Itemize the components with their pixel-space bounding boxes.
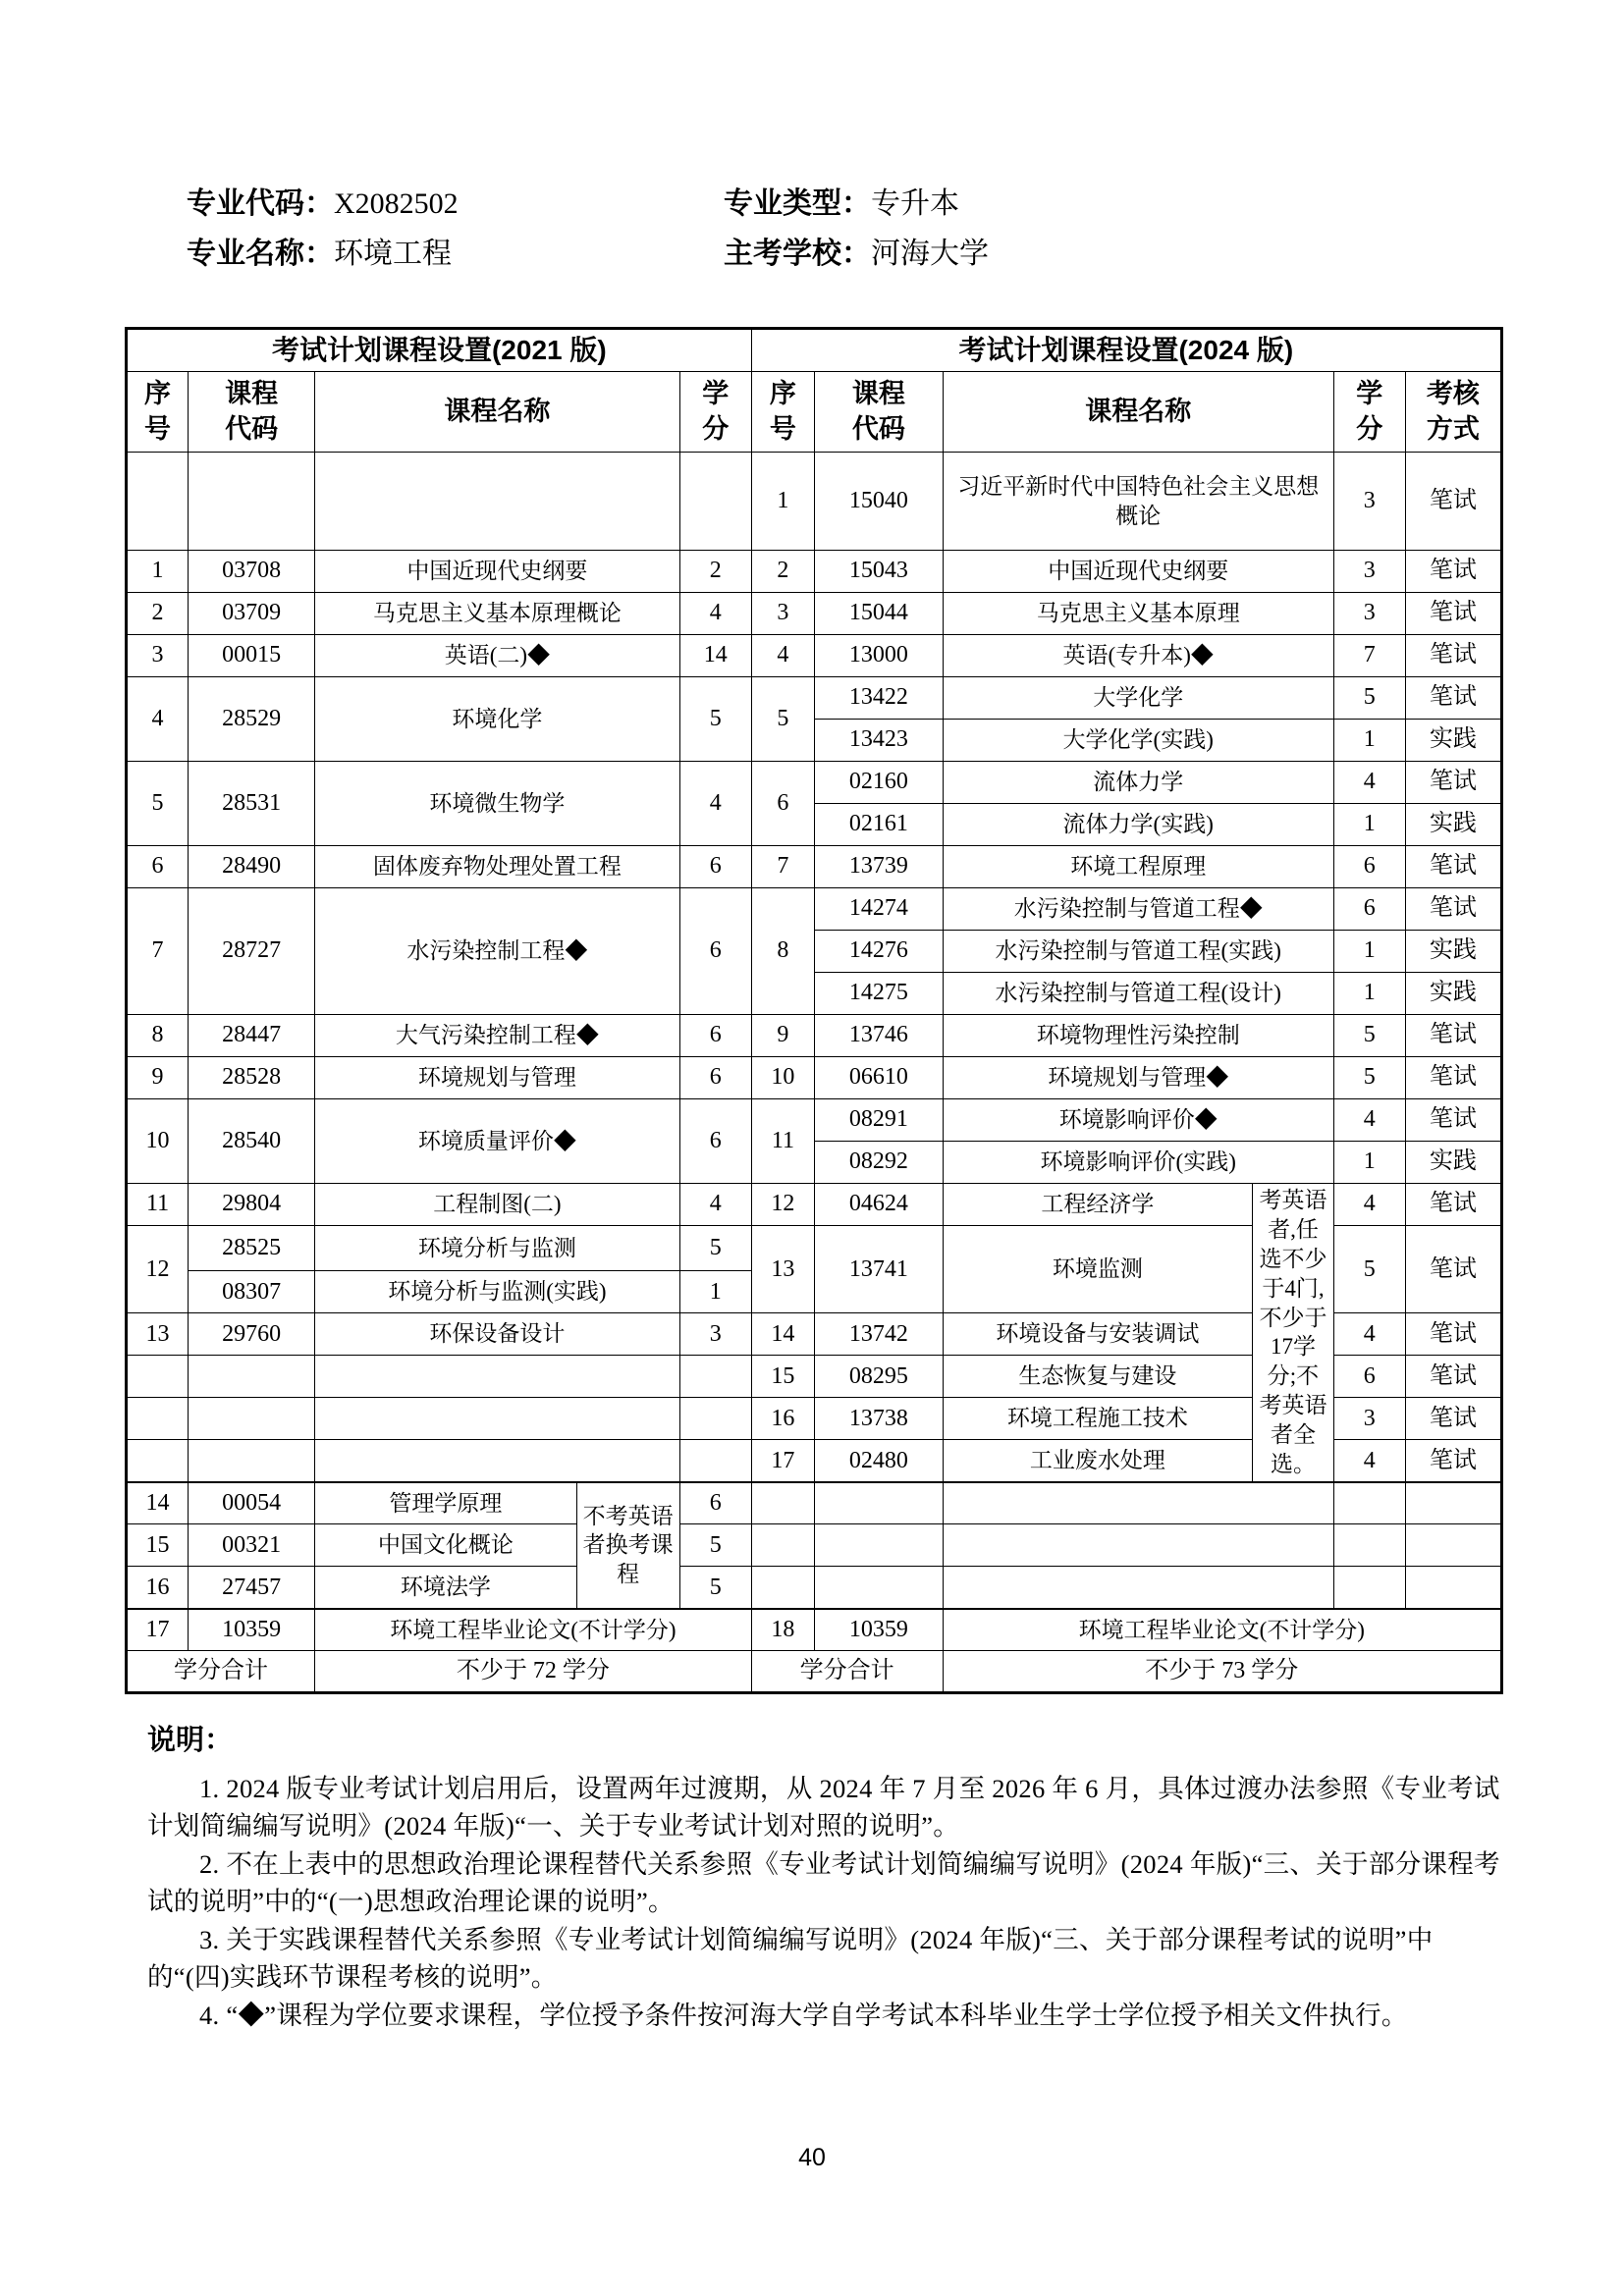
table-row: 828447大气污染控制工程◆6913746环境物理性污染控制5笔试 [127,1015,1502,1057]
field-major-name: 专业名称：环境工程 [187,235,452,274]
table-row: 1129804工程制图(二)41204624工程经济学考英语者,任选不少于4门,… [127,1184,1502,1226]
table-cell [751,1482,815,1524]
header-fields: 专业代码：X2082502 专业类型：专升本 专业名称：环境工程 主考学校：河海… [0,185,1624,293]
table-cell: 环境法学 [315,1567,576,1609]
field-value: 河海大学 [871,238,989,270]
table-cell: 中国近现代史纲要 [943,551,1333,593]
table-cell: 笔试 [1405,593,1501,635]
table-cell: 12 [127,1226,189,1313]
table-cell: 笔试 [1405,1184,1501,1226]
table-cell: 笔试 [1405,453,1501,551]
table-row: 1400054管理学原理不考英语者换考课程6 [127,1482,1502,1524]
table-cell: 8 [751,888,815,1015]
document-page: 专业代码：X2082502 专业类型：专升本 专业名称：环境工程 主考学校：河海… [0,0,1624,2296]
table-cell: 10359 [815,1609,943,1651]
table-cell: 18 [751,1609,815,1651]
table-cell: 29804 [189,1184,315,1226]
table-cell: 00054 [189,1482,315,1524]
field-value: X2082502 [334,187,459,220]
table-cell: 06610 [815,1057,943,1099]
table-cell: 7 [127,888,189,1015]
table-cell: 环境影响评价◆ [943,1099,1333,1142]
table-cell: 1 [1333,973,1405,1015]
table-cell [189,1398,315,1440]
table-cell: 环保设备设计 [315,1313,680,1356]
table-row: 1028540环境质量评价◆61108291环境影响评价◆4笔试 [127,1099,1502,1142]
table-cell: 2 [127,593,189,635]
table-cell: 课程 代码 [815,372,943,453]
table-row: 203709马克思主义基本原理概论4315044马克思主义基本原理3笔试 [127,593,1502,635]
table-cell: 6 [127,846,189,888]
table-cell: 13746 [815,1015,943,1057]
left-note-cell: 不考英语者换考课程 [576,1482,679,1609]
table-cell: 17 [751,1440,815,1482]
table-cell: 水污染控制与管道工程(设计) [943,973,1333,1015]
table-cell: 10 [751,1057,815,1099]
table-cell: 13 [751,1226,815,1313]
table-cell: 5 [679,1567,751,1609]
table-cell [127,1440,189,1482]
table-cell [679,1356,751,1398]
table-cell [815,1524,943,1567]
table-cell: 序 号 [127,372,189,453]
table-cell [127,453,189,551]
table-cell: 考核 方式 [1405,372,1501,453]
table-cell: 笔试 [1405,888,1501,931]
table-cell: 环境物理性污染控制 [943,1015,1333,1057]
table-cell: 9 [127,1057,189,1099]
table-cell: 17 [127,1609,189,1651]
table-cell: 环境分析与监测(实践) [315,1271,680,1313]
table-cell: 大气污染控制工程◆ [315,1015,680,1057]
table-cell: 4 [679,1184,751,1226]
table-cell: 1 [1333,720,1405,762]
table-cell: 环境质量评价◆ [315,1099,680,1184]
table-cell: 5 [679,1226,751,1271]
table-row: 428529环境化学5513422大学化学5笔试 [127,677,1502,720]
note-item: 4. “◆”课程为学位要求课程，学位授予条件按河海大学自学考试本科毕业生学士学位… [147,1997,1506,2034]
field-major-type: 专业类型：专升本 [724,185,959,224]
table-cell: 1 [1333,804,1405,846]
table-cell: 02160 [815,762,943,804]
table-row: 序 号课程 代码课程名称学 分序 号课程 代码课程名称学 分考核 方式 [127,372,1502,453]
table-cell: 生态恢复与建设 [943,1356,1253,1398]
table-cell: 流体力学(实践) [943,804,1333,846]
table-cell: 03708 [189,551,315,593]
table-cell: 环境微生物学 [315,762,680,846]
table-cell: 4 [1333,1184,1405,1226]
table-cell: 28528 [189,1057,315,1099]
table-cell [1333,1567,1405,1609]
table-cell: 1 [127,551,189,593]
table-cell: 实践 [1405,931,1501,973]
table-cell: 3 [679,1313,751,1356]
table-cell: 4 [751,635,815,677]
table-row: 1710359环境工程毕业论文(不计学分)1810359环境工程毕业论文(不计学… [127,1609,1502,1651]
table-cell: 6 [679,1099,751,1184]
table-cell: 工业废水处理 [943,1440,1253,1482]
table-cell: 5 [679,1524,751,1567]
table-cell: 水污染控制与管道工程◆ [943,888,1333,931]
table-cell: 管理学原理 [315,1482,576,1524]
table-cell: 9 [751,1015,815,1057]
table-cell: 实践 [1405,720,1501,762]
table-cell: 1 [1333,931,1405,973]
table-cell: 08295 [815,1356,943,1398]
table-cell: 28529 [189,677,315,762]
table-row: 300015英语(二)◆14413000英语(专升本)◆7笔试 [127,635,1502,677]
table-cell: 12 [751,1184,815,1226]
field-label: 专业代码： [187,187,334,220]
field-value: 专升本 [871,187,959,220]
table-cell: 环境影响评价(实践) [943,1142,1333,1184]
table-cell: 习近平新时代中国特色社会主义思想概论 [943,453,1333,551]
table-cell: 学分合计 [127,1651,315,1693]
table-cell: 11 [127,1184,189,1226]
table-cell [127,1356,189,1398]
table-cell: 28525 [189,1226,315,1271]
plan-table: 考试计划课程设置(2021 版)考试计划课程设置(2024 版)序 号课程 代码… [125,327,1503,1694]
table-cell: 14 [751,1313,815,1356]
table-cell: 02480 [815,1440,943,1482]
table-cell: 环境设备与安装调试 [943,1313,1253,1356]
table-cell: 流体力学 [943,762,1333,804]
table-cell: 3 [1333,551,1405,593]
table-cell: 5 [1333,1015,1405,1057]
table-cell: 08292 [815,1142,943,1184]
table-cell [1333,1524,1405,1567]
table-cell: 3 [1333,453,1405,551]
table-cell [1405,1524,1501,1567]
table-cell: 28540 [189,1099,315,1184]
table-cell: 环境工程毕业论文(不计学分) [943,1609,1501,1651]
table-cell [943,1482,1333,1524]
table-cell [189,1356,315,1398]
table-cell: 工程制图(二) [315,1184,680,1226]
table-cell: 6 [1333,1356,1405,1398]
table-cell: 水污染控制与管道工程(实践) [943,931,1333,973]
table-cell: 28490 [189,846,315,888]
table-row: 1627457环境法学5 [127,1567,1502,1609]
table-cell: 学 分 [679,372,751,453]
table-cell: 环境工程毕业论文(不计学分) [315,1609,752,1651]
table-cell: 10 [127,1099,189,1184]
page-number: 40 [0,2144,1624,2172]
field-label: 主考学校： [724,238,871,270]
table-cell: 不少于 73 学分 [943,1651,1501,1693]
table-cell: 5 [679,677,751,762]
table-cell: 8 [127,1015,189,1057]
table-cell: 课程 代码 [189,372,315,453]
table-cell: 15040 [815,453,943,551]
table-row: 115040习近平新时代中国特色社会主义思想概论3笔试 [127,453,1502,551]
table-cell: 13741 [815,1226,943,1313]
table-cell: 6 [679,1482,751,1524]
table-cell: 27457 [189,1567,315,1609]
table-row: 学分合计不少于 72 学分学分合计不少于 73 学分 [127,1651,1502,1693]
table-cell: 1 [751,453,815,551]
table-cell: 3 [127,635,189,677]
table-cell: 13739 [815,846,943,888]
note-item: 3. 关于实践课程替代关系参照《专业考试计划简编编写说明》(2024 年版)“三… [147,1921,1506,1997]
table-row: 考试计划课程设置(2021 版)考试计划课程设置(2024 版) [127,329,1502,372]
table-cell [315,1356,680,1398]
table-cell [189,453,315,551]
table-cell: 6 [679,1015,751,1057]
table-cell [679,453,751,551]
table-cell: 2 [751,551,815,593]
table-cell: 14276 [815,931,943,973]
table-cell: 笔试 [1405,1313,1501,1356]
table-cell: 笔试 [1405,1356,1501,1398]
table-row: 928528环境规划与管理61006610环境规划与管理◆5笔试 [127,1057,1502,1099]
table-cell: 13423 [815,720,943,762]
table-cell: 13000 [815,635,943,677]
table-cell: 大学化学(实践) [943,720,1333,762]
table-cell: 环境化学 [315,677,680,762]
table-row: 1500321中国文化概论5 [127,1524,1502,1567]
table-cell: 笔试 [1405,551,1501,593]
table-cell: 序 号 [751,372,815,453]
table-cell: 14275 [815,973,943,1015]
table-cell: 5 [751,677,815,762]
table-cell [127,1398,189,1440]
table-cell [315,1398,680,1440]
table-cell: 14 [679,635,751,677]
field-label: 专业名称： [187,238,334,270]
table-cell: 4 [679,593,751,635]
table-cell: 00321 [189,1524,315,1567]
table-cell: 29760 [189,1313,315,1356]
table-cell [815,1567,943,1609]
note-item: 2. 不在上表中的思想政治理论课程替代关系参照《专业考试计划简编编写说明》(20… [147,1845,1506,1921]
table-cell: 5 [1333,1057,1405,1099]
table-cell: 笔试 [1405,1015,1501,1057]
table-cell: 13742 [815,1313,943,1356]
field-value: 环境工程 [334,238,452,270]
table-cell [943,1524,1333,1567]
table-cell: 14274 [815,888,943,931]
table-cell [315,453,680,551]
table-cell: 马克思主义基本原理 [943,593,1333,635]
table-cell: 6 [751,762,815,846]
field-label: 专业类型： [724,187,871,220]
table-cell: 15044 [815,593,943,635]
table-cell: 6 [679,846,751,888]
table-cell: 4 [1333,1440,1405,1482]
table-cell: 水污染控制工程◆ [315,888,680,1015]
table-cell: 4 [679,762,751,846]
table-cell: 15 [127,1524,189,1567]
table-cell: 28531 [189,762,315,846]
table-cell: 6 [679,888,751,1015]
table-cell: 3 [1333,1398,1405,1440]
table-cell: 笔试 [1405,846,1501,888]
table-cell: 15043 [815,551,943,593]
table-cell: 6 [679,1057,751,1099]
table-row: 728727水污染控制工程◆6814274水污染控制与管道工程◆6笔试 [127,888,1502,931]
table-cell [315,1440,680,1482]
table-cell: 实践 [1405,973,1501,1015]
table-cell [189,1440,315,1482]
table-cell: 28447 [189,1015,315,1057]
table-cell: 大学化学 [943,677,1333,720]
table-cell: 04624 [815,1184,943,1226]
table-cell [679,1398,751,1440]
table-cell: 00015 [189,635,315,677]
table-cell: 笔试 [1405,1226,1501,1313]
table-cell: 13422 [815,677,943,720]
table-cell [1405,1567,1501,1609]
table-cell: 11 [751,1099,815,1184]
table-cell: 14 [127,1482,189,1524]
table-cell: 4 [127,677,189,762]
table-cell: 4 [1333,762,1405,804]
table-cell: 课程名称 [315,372,680,453]
table-cell: 环境监测 [943,1226,1253,1313]
table-cell: 笔试 [1405,762,1501,804]
table-cell [751,1524,815,1567]
table-cell: 学分合计 [751,1651,943,1693]
note-item: 1. 2024 版专业考试计划启用后，设置两年过渡期，从 2024 年 7 月至… [147,1770,1506,1845]
table-cell [1405,1482,1501,1524]
right-note-cell: 考英语者,任选不少于4门,不少于17学分;不考英语者全选。 [1253,1184,1334,1482]
notes-heading: 说明： [147,1718,1506,1758]
table-cell: 3 [751,593,815,635]
table-cell: 笔试 [1405,677,1501,720]
table-cell: 工程经济学 [943,1184,1253,1226]
left-table-title: 考试计划课程设置(2021 版) [127,329,752,372]
table-cell [815,1482,943,1524]
table-cell: 15 [751,1356,815,1398]
table-cell: 5 [1333,1226,1405,1313]
table-cell: 13738 [815,1398,943,1440]
table-cell: 3 [1333,593,1405,635]
table-cell: 环境规划与管理 [315,1057,680,1099]
table-cell: 环境规划与管理◆ [943,1057,1333,1099]
table-cell: 1 [679,1271,751,1313]
table-cell: 笔试 [1405,635,1501,677]
table-cell: 08307 [189,1271,315,1313]
table-cell [943,1567,1333,1609]
table-cell: 6 [1333,846,1405,888]
table-cell: 10359 [189,1609,315,1651]
table-cell: 7 [751,846,815,888]
table-cell: 实践 [1405,1142,1501,1184]
table-cell: 03709 [189,593,315,635]
table-cell: 1 [1333,1142,1405,1184]
table-cell: 7 [1333,635,1405,677]
table-row: 103708中国近现代史纲要2215043中国近现代史纲要3笔试 [127,551,1502,593]
right-table-title: 考试计划课程设置(2024 版) [751,329,1501,372]
table-cell: 28727 [189,888,315,1015]
table-cell: 马克思主义基本原理概论 [315,593,680,635]
table-cell: 英语(专升本)◆ [943,635,1333,677]
table-cell: 课程名称 [943,372,1333,453]
table-cell [1333,1482,1405,1524]
table-cell: 08291 [815,1099,943,1142]
field-host-university: 主考学校：河海大学 [724,235,989,274]
table-cell: 5 [127,762,189,846]
plan-table-body: 考试计划课程设置(2021 版)考试计划课程设置(2024 版)序 号课程 代码… [127,329,1502,1693]
table-cell: 2 [679,551,751,593]
table-cell: 实践 [1405,804,1501,846]
table-row: 628490固体废弃物处理处置工程6713739环境工程原理6笔试 [127,846,1502,888]
table-cell: 13 [127,1313,189,1356]
table-cell: 英语(二)◆ [315,635,680,677]
table-cell: 不少于 72 学分 [315,1651,752,1693]
table-cell: 笔试 [1405,1440,1501,1482]
table-cell: 环境工程施工技术 [943,1398,1253,1440]
table-row: 528531环境微生物学4602160流体力学4笔试 [127,762,1502,804]
table-cell: 笔试 [1405,1099,1501,1142]
table-cell: 固体废弃物处理处置工程 [315,846,680,888]
table-cell: 中国文化概论 [315,1524,576,1567]
table-cell: 环境分析与监测 [315,1226,680,1271]
table-cell: 02161 [815,804,943,846]
table-cell [679,1440,751,1482]
table-cell: 16 [127,1567,189,1609]
table-cell: 4 [1333,1313,1405,1356]
table-cell: 学 分 [1333,372,1405,453]
notes-section: 说明： 1. 2024 版专业考试计划启用后，设置两年过渡期，从 2024 年 … [147,1718,1506,2034]
table-cell: 16 [751,1398,815,1440]
table-cell: 环境工程原理 [943,846,1333,888]
table-cell: 6 [1333,888,1405,931]
table-cell: 中国近现代史纲要 [315,551,680,593]
table-cell: 笔试 [1405,1057,1501,1099]
table-cell: 4 [1333,1099,1405,1142]
table-cell: 5 [1333,677,1405,720]
field-major-code: 专业代码：X2082502 [187,185,459,224]
table-cell: 笔试 [1405,1398,1501,1440]
table-cell [751,1567,815,1609]
